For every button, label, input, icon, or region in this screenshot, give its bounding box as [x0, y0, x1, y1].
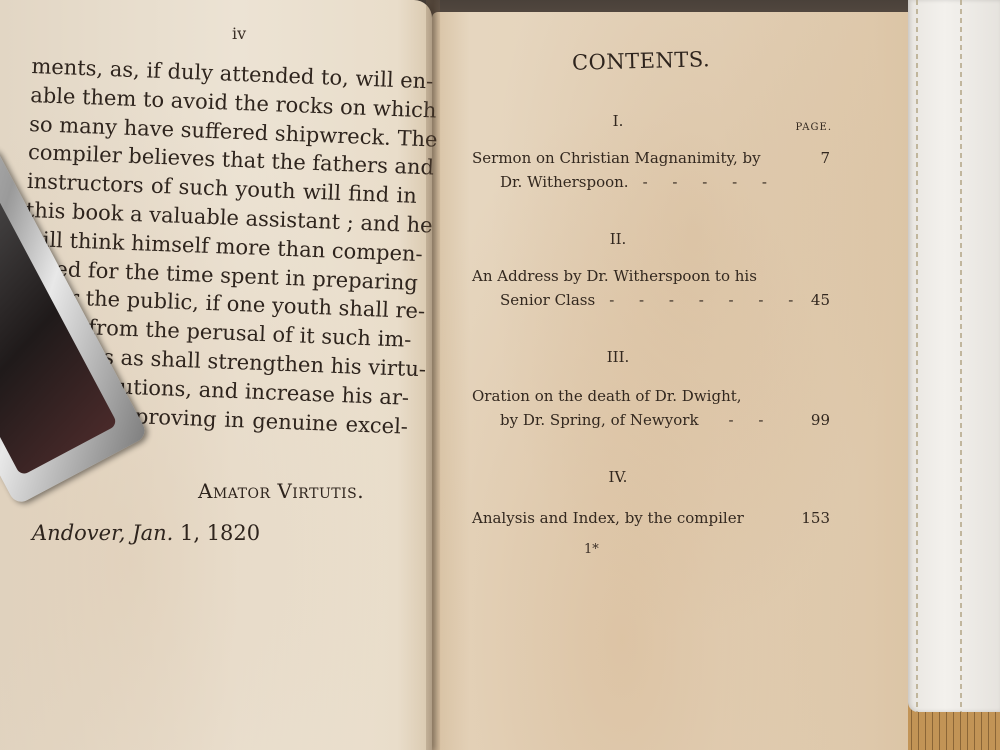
author-signature: Amator Virtutis.	[198, 479, 364, 503]
entry-title: An Address by Dr. Witherspoon to his	[472, 264, 844, 288]
dateline-date: 1, 1820	[180, 521, 260, 545]
entry-title: Sermon on Christian Magnanimity, by	[472, 146, 844, 170]
entry-page: 153	[801, 506, 830, 530]
entry-text: by Dr. Spring, of Newyork	[500, 411, 699, 429]
entry-title-cont: Senior Class- - - - - - -	[472, 288, 844, 312]
contents-title: CONTENTS.	[572, 47, 711, 75]
entry-title: Analysis and Index, by the compiler	[472, 506, 844, 530]
entry-title: Oration on the death of Dr. Dwight,	[472, 384, 844, 408]
toc-entry: Sermon on Christian Magnanimity, by Dr. …	[472, 146, 844, 194]
entry-title-cont: by Dr. Spring, of Newyork- -	[472, 408, 844, 432]
entry-text: Dr. Witherspoon.	[500, 173, 629, 191]
entry-page: 99	[811, 408, 830, 432]
section-numeral: I.	[432, 112, 804, 130]
tissue-paper	[908, 0, 1000, 712]
dateline: Andover, Jan. 1, 1820	[32, 521, 260, 545]
stitch-line	[960, 0, 962, 712]
section-numeral: II.	[432, 230, 804, 248]
stitch-line	[916, 0, 918, 712]
section-numeral: III.	[432, 348, 804, 366]
dot-leader: - -	[729, 411, 774, 429]
entry-text: Senior Class	[500, 291, 595, 309]
toc-entry: An Address by Dr. Witherspoon to his Sen…	[472, 264, 844, 312]
signature-mark: 1*	[584, 542, 599, 557]
dot-leader: - - - - -	[643, 173, 777, 191]
dot-leader: - - - - - - -	[609, 291, 803, 309]
entry-page: 45	[811, 288, 830, 312]
entry-page: 7	[820, 146, 830, 170]
entry-title-cont: Dr. Witherspoon.- - - - -	[472, 170, 844, 194]
toc-entry: Oration on the death of Dr. Dwight, by D…	[472, 384, 844, 432]
page-column-label: PAGE.	[796, 122, 833, 133]
open-book-photo: iv ments, as, if duly attended to, will …	[0, 0, 1000, 750]
page-number: iv	[232, 24, 246, 43]
toc-entry: Analysis and Index, by the compiler 153	[472, 506, 844, 530]
dateline-place: Andover, Jan.	[32, 521, 173, 545]
section-numeral: IV.	[432, 468, 804, 486]
